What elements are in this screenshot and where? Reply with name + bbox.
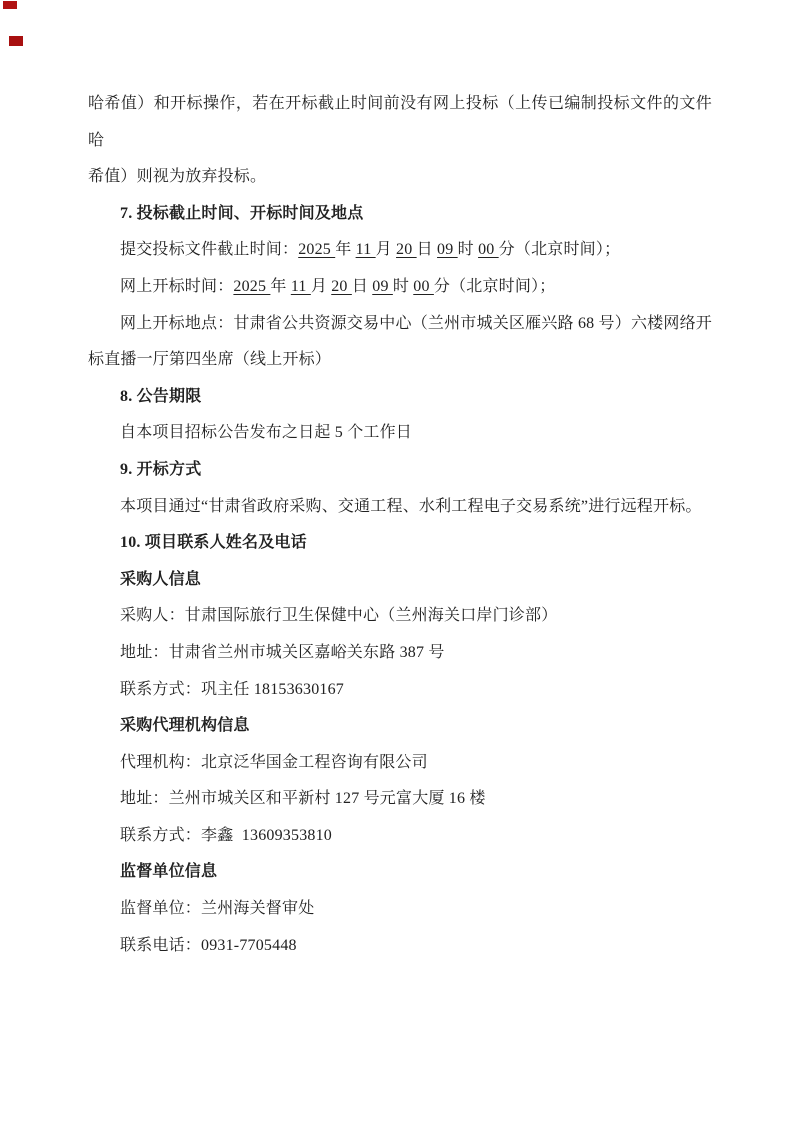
- text-segment: 联系方式：巩主任 18153630167: [120, 681, 344, 698]
- doc-line: 7. 投标截止时间、开标时间及地点: [88, 196, 712, 233]
- text-segment: 监督单位：兰州海关督审处: [120, 900, 314, 917]
- text-segment: 希值）则视为放弃投标。: [88, 168, 266, 185]
- text-segment: 10. 项目联系人姓名及电话: [120, 534, 307, 551]
- text-segment: 月: [376, 241, 396, 258]
- text-segment: 采购代理机构信息: [120, 717, 250, 734]
- doc-line: 网上开标时间：2025 年 11 月 20 日 09 时 00 分（北京时间）；: [88, 269, 712, 306]
- text-segment: 分（北京时间）；: [499, 241, 621, 258]
- doc-line: 采购代理机构信息: [88, 708, 712, 745]
- doc-line: 联系方式：李鑫 13609353810: [88, 818, 712, 855]
- text-segment: 哈希值）和开标操作，若在开标截止时间前没有网上投标（上传已编制投标文件的文件哈: [88, 95, 712, 149]
- underlined-field-value: 20: [396, 241, 417, 258]
- text-segment: 9. 开标方式: [120, 461, 201, 478]
- text-segment: 地址：兰州市城关区和平新村 127 号元富大厦 16 楼: [120, 790, 486, 807]
- text-segment: 联系电话：0931-7705448: [120, 937, 297, 954]
- text-segment: 日: [352, 278, 372, 295]
- text-segment: 网上开标地点：甘肃省公共资源交易中心（兰州市城关区雁兴路 68 号）六楼网络开: [120, 315, 712, 332]
- doc-line: 标直播一厅第四坐席（线上开标）: [88, 342, 712, 379]
- text-segment: 日: [417, 241, 437, 258]
- doc-line: 10. 项目联系人姓名及电话: [88, 525, 712, 562]
- underlined-field-value: 2025: [233, 278, 270, 295]
- doc-line: 提交投标文件截止时间：2025 年 11 月 20 日 09 时 00 分（北京…: [88, 232, 712, 269]
- text-segment: 代理机构：北京泛华国金工程咨询有限公司: [120, 754, 428, 771]
- text-segment: 采购人信息: [120, 571, 201, 588]
- doc-line: 代理机构：北京泛华国金工程咨询有限公司: [88, 745, 712, 782]
- doc-line: 希值）则视为放弃投标。: [88, 159, 712, 196]
- text-segment: 本项目通过“甘肃省政府采购、交通工程、水利工程电子交易系统”进行远程开标。: [120, 498, 702, 515]
- text-segment: 网上开标时间：: [120, 278, 233, 295]
- text-segment: 监督单位信息: [120, 863, 217, 880]
- document-text-body: 哈希值）和开标操作，若在开标截止时间前没有网上投标（上传已编制投标文件的文件哈希…: [88, 86, 712, 964]
- text-segment: 时: [393, 278, 413, 295]
- text-segment: 年: [335, 241, 355, 258]
- text-segment: 联系方式：李鑫 13609353810: [120, 827, 332, 844]
- text-segment: 年: [270, 278, 290, 295]
- underlined-field-value: 20: [331, 278, 352, 295]
- underlined-field-value: 2025: [298, 241, 335, 258]
- text-segment: 8. 公告期限: [120, 388, 201, 405]
- doc-line: 监督单位：兰州海关督审处: [88, 891, 712, 928]
- text-segment: 时: [458, 241, 478, 258]
- doc-line: 哈希值）和开标操作，若在开标截止时间前没有网上投标（上传已编制投标文件的文件哈: [88, 86, 712, 159]
- doc-line: 监督单位信息: [88, 854, 712, 891]
- doc-line: 联系方式：巩主任 18153630167: [88, 672, 712, 709]
- text-segment: 7. 投标截止时间、开标时间及地点: [120, 205, 363, 222]
- doc-line: 采购人信息: [88, 562, 712, 599]
- doc-line: 网上开标地点：甘肃省公共资源交易中心（兰州市城关区雁兴路 68 号）六楼网络开: [88, 306, 712, 343]
- doc-line: 8. 公告期限: [88, 379, 712, 416]
- underlined-field-value: 11: [291, 278, 311, 295]
- red-scan-artifact-top: [3, 1, 17, 9]
- underlined-field-value: 09: [372, 278, 393, 295]
- text-segment: 分（北京时间）；: [434, 278, 556, 295]
- text-segment: 地址：甘肃省兰州市城关区嘉峪关东路 387 号: [120, 644, 445, 661]
- text-segment: 标直播一厅第四坐席（线上开标）: [88, 351, 331, 368]
- text-segment: 自本项目招标公告发布之日起 5 个工作日: [120, 424, 412, 441]
- doc-line: 采购人：甘肃国际旅行卫生保健中心（兰州海关口岸门诊部）: [88, 598, 712, 635]
- doc-line: 地址：兰州市城关区和平新村 127 号元富大厦 16 楼: [88, 781, 712, 818]
- underlined-field-value: 11: [356, 241, 376, 258]
- underlined-field-value: 09: [437, 241, 458, 258]
- doc-line: 联系电话：0931-7705448: [88, 928, 712, 965]
- document-page: 哈希值）和开标操作，若在开标截止时间前没有网上投标（上传已编制投标文件的文件哈希…: [0, 0, 800, 1131]
- text-segment: 月: [311, 278, 331, 295]
- text-segment: 提交投标文件截止时间：: [120, 241, 298, 258]
- doc-line: 地址：甘肃省兰州市城关区嘉峪关东路 387 号: [88, 635, 712, 672]
- text-segment: 采购人：甘肃国际旅行卫生保健中心（兰州海关口岸门诊部）: [120, 607, 557, 624]
- doc-line: 自本项目招标公告发布之日起 5 个工作日: [88, 415, 712, 452]
- underlined-field-value: 00: [478, 241, 499, 258]
- red-scan-artifact-lower: [9, 36, 23, 46]
- doc-line: 9. 开标方式: [88, 452, 712, 489]
- doc-line: 本项目通过“甘肃省政府采购、交通工程、水利工程电子交易系统”进行远程开标。: [88, 489, 712, 526]
- underlined-field-value: 00: [413, 278, 434, 295]
